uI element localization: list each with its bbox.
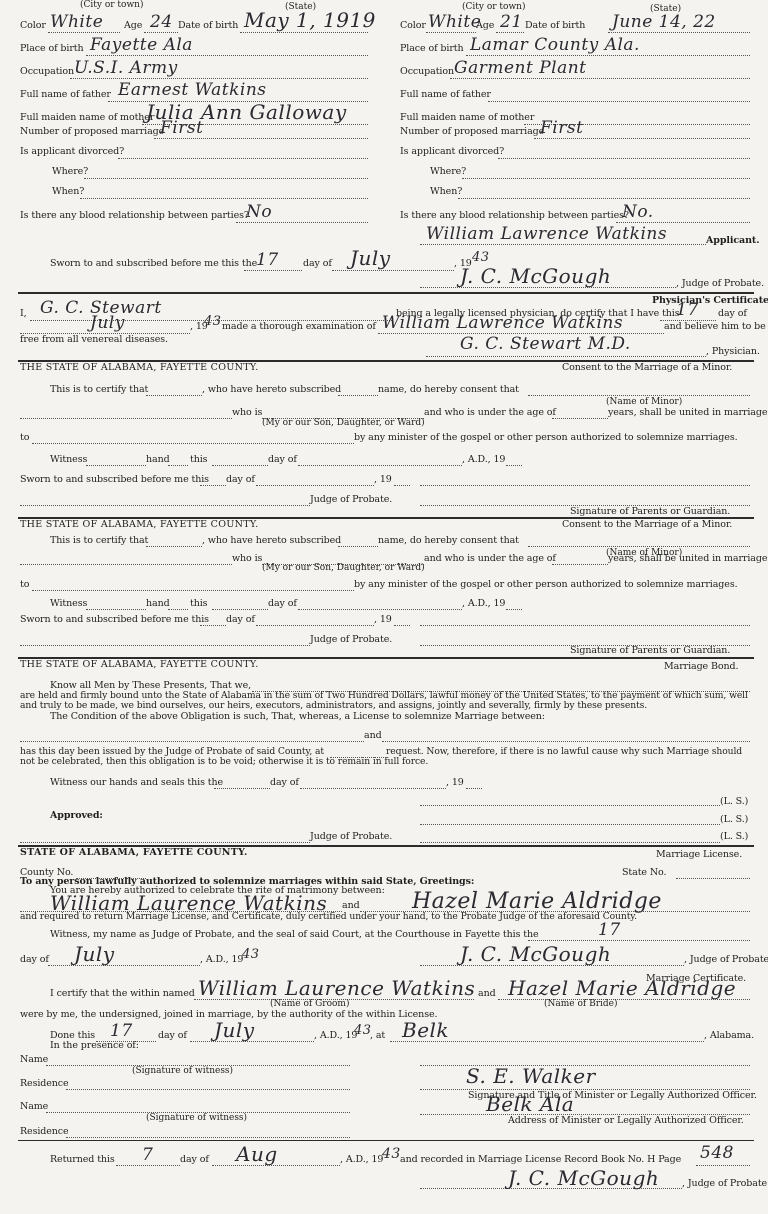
return-label: Returned this (50, 1154, 115, 1165)
groom-birthplace-label: Place of birth (20, 43, 84, 54)
bride-dob-label: Date of birth (525, 20, 585, 31)
physician-patient[interactable]: William Lawrence Watkins (382, 313, 623, 333)
certificate-state-label: , Alabama. (704, 1030, 754, 1041)
return-recorded-text: and recorded in Marriage License Record … (400, 1154, 681, 1165)
consent1-line2a: who is (232, 407, 262, 418)
bride-birthplace-value[interactable]: Lamar County Ala. (470, 35, 640, 55)
consent2-sig-label: Signature of Parents or Guardian. (570, 645, 730, 656)
certificate-month[interactable]: July (214, 1018, 255, 1042)
physician-exam-text: made a thorough examination of (222, 321, 376, 332)
consent2-line1c: name, do hereby consent that (378, 535, 519, 546)
consent1-state-header: THE STATE OF ALABAMA, FAYETTE COUNTY. (20, 362, 259, 373)
groom-birthplace-value[interactable]: Fayette Ala (90, 35, 193, 55)
physician-day[interactable]: 17 (676, 300, 699, 320)
return-judge-signature[interactable]: J. C. McGough (508, 1166, 659, 1190)
consent2-line2a: who is (232, 553, 262, 564)
bond-witness-b: day of (270, 777, 299, 788)
sworn-day-of-label: day of (303, 258, 332, 269)
bond-issued-b: request. Now, therefore, if there is no … (386, 746, 742, 757)
groom-dob-label: Date of birth (178, 20, 238, 31)
consent1-name-minor: (Name of Minor) (606, 397, 682, 407)
return-month[interactable]: Aug (236, 1142, 278, 1166)
consent2-line3b: by any minister of the gospel or other p… (354, 579, 738, 590)
license-year[interactable]: 43 (242, 947, 260, 962)
bride-dob-value[interactable]: June 14, 22 (612, 12, 716, 32)
consent2-witness-d: day of (268, 598, 297, 609)
bride-occupation-label: Occupation (400, 66, 454, 77)
bond-condition: The Condition of the above Obligation is… (50, 711, 545, 722)
groom-divorced-label: Is applicant divorced? (20, 146, 124, 157)
bride-divorced-label: Is applicant divorced? (400, 146, 504, 157)
bond-witness-c: , 19 (446, 777, 464, 788)
certificate-groom[interactable]: William Laurence Watkins (198, 976, 475, 1000)
certificate-and-label: and (478, 988, 496, 999)
groom-blood-label: Is there any blood relationship between … (20, 210, 249, 221)
witness2-name-label: Name (20, 1101, 48, 1112)
consent2-state-header: THE STATE OF ALABAMA, FAYETTE COUNTY. (20, 519, 259, 530)
applicant-signature[interactable]: William Lawrence Watkins (426, 224, 667, 244)
consent1-sig-label: Signature of Parents or Guardian. (570, 506, 730, 517)
consent2-title: Consent to the Marriage of a Minor. (562, 519, 732, 530)
consent2-sworn-b: day of (226, 614, 255, 625)
consent1-relation-caption: (My or our Son, Daughter, or Ward) (262, 418, 425, 428)
return-page[interactable]: 548 (700, 1143, 734, 1163)
certificate-bride-caption: (Name of Bride) (544, 999, 617, 1009)
consent2-witness-e: , A.D., 19 (462, 598, 505, 609)
consent2-line2c: years, shall be united in marriage (608, 553, 767, 564)
bond-issued-c: not be celebrated, then this obligation … (20, 756, 428, 767)
witness2-caption: (Signature of witness) (146, 1113, 247, 1123)
groom-occupation-value[interactable]: U.S.I. Army (74, 58, 178, 78)
applicant-judge-label: , Judge of Probate. (676, 278, 764, 289)
bride-when-label: When? (430, 186, 462, 197)
consent2-line1b: , who have hereto subscribed (202, 535, 341, 546)
bride-blood-value[interactable]: No. (622, 202, 654, 222)
sworn-year[interactable]: 43 (472, 250, 490, 265)
bride-age-value[interactable]: 21 (500, 12, 523, 32)
minister-signature[interactable]: S. E. Walker (466, 1064, 596, 1088)
consent1-witness-b: hand (146, 454, 170, 465)
groom-color-label: Color (20, 20, 46, 31)
groom-where-label: Where? (52, 166, 88, 177)
consent2-judge-label: Judge of Probate. (310, 634, 392, 645)
bond-witness-a: Witness our hands and seals this the (50, 777, 223, 788)
license-return-text: and required to return Marriage License,… (20, 911, 637, 922)
consent1-line2b: and who is under the age of (424, 407, 556, 418)
divider (18, 1140, 754, 1141)
groom-color-value[interactable]: White (50, 12, 103, 32)
physician-free-text: free from all venereal diseases. (20, 334, 168, 345)
certificate-place[interactable]: Belk (402, 1018, 449, 1042)
groom-dob-value[interactable]: May 1, 1919 (244, 8, 376, 32)
certificate-year[interactable]: 43 (354, 1023, 372, 1038)
consent1-line1a: This is to certify that (50, 384, 148, 395)
certificate-bride[interactable]: Hazel Marie Aldridge (508, 976, 736, 1000)
consent1-line3b: by any minister of the gospel or other p… (354, 432, 738, 443)
physician-believe-text: and believe him to be (664, 321, 766, 332)
consent2-witness-a: Witness (50, 598, 87, 609)
groom-marriage-no-value[interactable]: First (160, 118, 203, 138)
physician-signature[interactable]: G. C. Stewart M.D. (460, 334, 631, 354)
bond-ls-3: (L. S.) (720, 831, 748, 842)
bond-approved: Approved: (50, 810, 103, 821)
sworn-month[interactable]: July (350, 246, 391, 270)
license-and-label: and (342, 900, 360, 911)
sworn-label: Sworn to and subscribed before me this t… (50, 258, 257, 269)
consent1-witness-d: day of (268, 454, 297, 465)
physician-year[interactable]: 43 (204, 314, 222, 329)
consent2-sworn-a: Sworn to and subscribed before me this (20, 614, 209, 625)
consent1-title: Consent to the Marriage of a Minor. (562, 362, 732, 373)
license-state-no-label: State No. (622, 867, 666, 878)
divider (18, 292, 754, 294)
bride-marriage-no-label: Number of proposed marriage (400, 126, 544, 137)
license-month[interactable]: July (74, 942, 115, 966)
minister-address[interactable]: Belk Ala (486, 1092, 574, 1116)
bride-age-label: Age (476, 20, 494, 31)
license-day-of-label: day of (20, 954, 49, 965)
groom-age-value[interactable]: 24 (150, 12, 173, 32)
license-judge-label: , Judge of Probate. (684, 954, 768, 965)
license-judge-signature[interactable]: J. C. McGough (460, 942, 611, 966)
consent2-relation-caption: (My or our Son, Daughter, or Ward) (262, 563, 425, 573)
physician-i-label: I, (20, 308, 27, 319)
license-ad-label: , A.D., 19 (200, 954, 243, 965)
license-title: Marriage License. (656, 849, 742, 860)
groom-age-label: Age (124, 20, 142, 31)
return-year[interactable]: 43 (382, 1146, 401, 1162)
bond-judge-label: Judge of Probate. (310, 831, 392, 842)
groom-occupation-label: Occupation (20, 66, 74, 77)
certificate-certify-text: I certify that the within named (50, 988, 195, 999)
consent1-line3a: to (20, 432, 29, 443)
bond-state-header: THE STATE OF ALABAMA, FAYETTE COUNTY. (20, 659, 259, 670)
bride-where-label: Where? (430, 166, 466, 177)
consent2-line2b: and who is under the age of (424, 553, 556, 564)
bride-color-value[interactable]: White (428, 12, 481, 32)
consent2-line1a: This is to certify that (50, 535, 148, 546)
physician-day-of-label: day of (718, 308, 747, 319)
address-caption: Address of Minister or Legally Authorize… (508, 1115, 744, 1126)
consent2-witness-c: this (190, 598, 207, 609)
certificate-groom-caption: (Name of Groom) (270, 999, 349, 1009)
license-state-header: STATE OF ALABAMA, FAYETTE COUNTY. (20, 847, 248, 858)
groom-blood-value[interactable]: No (246, 202, 272, 222)
bride-father-label: Full name of father (400, 89, 491, 100)
consent2-sworn-c: , 19 (374, 614, 392, 625)
physician-month[interactable]: July (90, 313, 125, 333)
certificate-at-label: , at (370, 1030, 385, 1041)
applicant-label: Applicant. (706, 235, 759, 246)
bride-occupation-value[interactable]: Garment Plant (454, 58, 587, 78)
bond-ls-2: (L. S.) (720, 814, 748, 825)
certificate-ad-label: , A.D., 19 (314, 1030, 357, 1041)
bond-and-label: and (364, 730, 382, 741)
consent1-line2c: years, shall be united in marriage (608, 407, 767, 418)
consent1-sworn-c: , 19 (374, 474, 392, 485)
sworn-day[interactable]: 17 (256, 250, 279, 270)
certificate-day-of-label: day of (158, 1030, 187, 1041)
return-ad-label: , A.D., 19 (340, 1154, 383, 1165)
witness1-residence-label: Residence (20, 1078, 69, 1089)
bond-ls-1: (L. S.) (720, 796, 748, 807)
groom-father-value[interactable]: Earnest Watkins (118, 80, 267, 100)
consent1-sworn-b: day of (226, 474, 255, 485)
return-day[interactable]: 7 (142, 1145, 153, 1165)
consent2-line3a: to (20, 579, 29, 590)
consent1-line1b: , who have hereto subscribed (202, 384, 341, 395)
witness1-name-label: Name (20, 1054, 48, 1065)
consent1-judge-label: Judge of Probate. (310, 494, 392, 505)
certificate-day[interactable]: 17 (110, 1021, 133, 1041)
groom-city-caption: (City or town) (80, 0, 143, 10)
witness2-residence-label: Residence (20, 1126, 69, 1137)
consent1-line1c: name, do hereby consent that (378, 384, 519, 395)
applicant-judge-signature[interactable]: J. C. McGough (460, 264, 611, 288)
certificate-presence: In the presence of: (50, 1040, 139, 1051)
license-day[interactable]: 17 (598, 920, 621, 940)
groom-marriage-no-label: Number of proposed marriage (20, 126, 164, 137)
bride-color-label: Color (400, 20, 426, 31)
bride-city-caption: (City or town) (462, 2, 525, 12)
bride-birthplace-label: Place of birth (400, 43, 464, 54)
bond-title: Marriage Bond. (664, 661, 738, 672)
consent1-witness-e: , A.D., 19 (462, 454, 505, 465)
consent1-witness-a: Witness (50, 454, 87, 465)
physician-sig-label: , Physician. (706, 346, 760, 357)
groom-when-label: When? (52, 186, 84, 197)
groom-mother-label: Full maiden name of mother (20, 112, 154, 123)
witness1-caption: (Signature of witness) (132, 1066, 233, 1076)
bond-para2: and truly to be made, we bind ourselves,… (20, 700, 647, 711)
groom-father-label: Full name of father (20, 89, 111, 100)
physician-title: Physician's Certificate. (652, 295, 768, 306)
license-witness-text: Witness, my name as Judge of Probate, an… (50, 929, 539, 940)
bride-mother-label: Full maiden name of mother (400, 112, 534, 123)
return-judge-label: , Judge of Probate. (682, 1178, 768, 1189)
bride-blood-label: Is there any blood relationship between … (400, 210, 629, 221)
consent2-witness-b: hand (146, 598, 170, 609)
consent1-witness-c: this (190, 454, 207, 465)
return-day-of-label: day of (180, 1154, 209, 1165)
consent1-sworn-a: Sworn to and subscribed before me this (20, 474, 209, 485)
bride-marriage-no-value[interactable]: First (540, 118, 583, 138)
